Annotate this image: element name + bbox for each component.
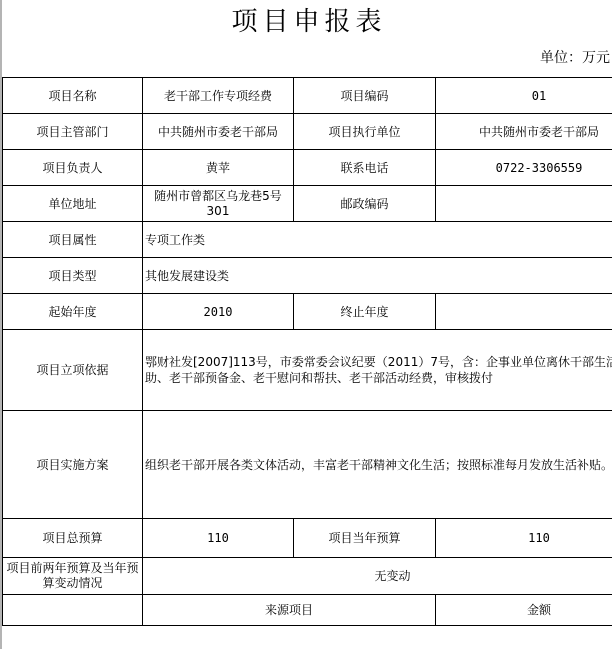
end-year-value[interactable]: [436, 294, 612, 330]
approval-basis-label: 项目立项依据: [3, 330, 143, 411]
supervising-dept-value[interactable]: 中共随州市委老干部局: [143, 114, 294, 150]
table-row: 项目前两年预算及当年预算变动情况 无变动: [3, 558, 612, 595]
responsible-person-label: 项目负责人: [3, 150, 143, 186]
budget-change-value[interactable]: 无变动: [143, 558, 612, 595]
contact-phone-label: 联系电话: [294, 150, 436, 186]
table-row: 项目总预算 110 项目当年预算 110: [3, 519, 612, 558]
unit-address-value[interactable]: 随州市曾都区乌龙巷5号301: [143, 186, 294, 222]
responsible-person-value[interactable]: 黄苹: [143, 150, 294, 186]
funding-amount-header: 金额: [436, 595, 612, 626]
unit-label: 单位：万元: [540, 48, 610, 68]
table-row: 起始年度 2010 终止年度: [3, 294, 612, 330]
table-row: 项目负责人 黄苹 联系电话 0722-3306559: [3, 150, 612, 186]
postal-code-value[interactable]: [436, 186, 612, 222]
table-row: 项目实施方案 组织老干部开展各类文体活动，丰富老干部精神文化生活；按照标准每月发…: [3, 411, 612, 519]
project-type-label: 项目类型: [3, 258, 143, 294]
start-year-value[interactable]: 2010: [143, 294, 294, 330]
table-row: 来源项目 金额: [3, 595, 612, 626]
total-budget-label: 项目总预算: [3, 519, 143, 558]
project-code-label: 项目编码: [294, 78, 436, 114]
start-year-label: 起始年度: [3, 294, 143, 330]
project-attribute-value[interactable]: 专项工作类: [143, 222, 612, 258]
table-row: 项目名称 老干部工作专项经费 项目编码 01: [3, 78, 612, 114]
current-year-budget-value[interactable]: 110: [436, 519, 612, 558]
current-year-budget-label: 项目当年预算: [294, 519, 436, 558]
table-row: 项目主管部门 中共随州市委老干部局 项目执行单位 中共随州市委老干部局: [3, 114, 612, 150]
executing-unit-label: 项目执行单位: [294, 114, 436, 150]
funding-empty-cell: [3, 595, 143, 626]
end-year-label: 终止年度: [294, 294, 436, 330]
executing-unit-value[interactable]: 中共随州市委老干部局: [436, 114, 612, 150]
table-row: 项目立项依据 鄂财社发[2007]113号，市委常委会议纪要（2011）7号，含…: [3, 330, 612, 411]
supervising-dept-label: 项目主管部门: [3, 114, 143, 150]
implementation-plan-value[interactable]: 组织老干部开展各类文体活动，丰富老干部精神文化生活；按照标准每月发放生活补贴。: [143, 411, 612, 519]
project-type-value[interactable]: 其他发展建设类: [143, 258, 612, 294]
document-title: 项目申报表: [0, 4, 612, 40]
contact-phone-value[interactable]: 0722-3306559: [436, 150, 612, 186]
project-application-table: 项目名称 老干部工作专项经费 项目编码 01 项目主管部门 中共随州市委老干部局…: [2, 77, 612, 626]
postal-code-label: 邮政编码: [294, 186, 436, 222]
unit-address-label: 单位地址: [3, 186, 143, 222]
project-code-value[interactable]: 01: [436, 78, 612, 114]
project-name-label: 项目名称: [3, 78, 143, 114]
total-budget-value[interactable]: 110: [143, 519, 294, 558]
funding-source-header: 来源项目: [143, 595, 436, 626]
project-attribute-label: 项目属性: [3, 222, 143, 258]
budget-change-label: 项目前两年预算及当年预算变动情况: [3, 558, 143, 595]
table-row: 项目类型 其他发展建设类: [3, 258, 612, 294]
table-row: 项目属性 专项工作类: [3, 222, 612, 258]
implementation-plan-label: 项目实施方案: [3, 411, 143, 519]
approval-basis-value[interactable]: 鄂财社发[2007]113号，市委常委会议纪要（2011）7号，含：企事业单位离…: [143, 330, 612, 411]
table-row: 单位地址 随州市曾都区乌龙巷5号301 邮政编码: [3, 186, 612, 222]
project-name-value[interactable]: 老干部工作专项经费: [143, 78, 294, 114]
